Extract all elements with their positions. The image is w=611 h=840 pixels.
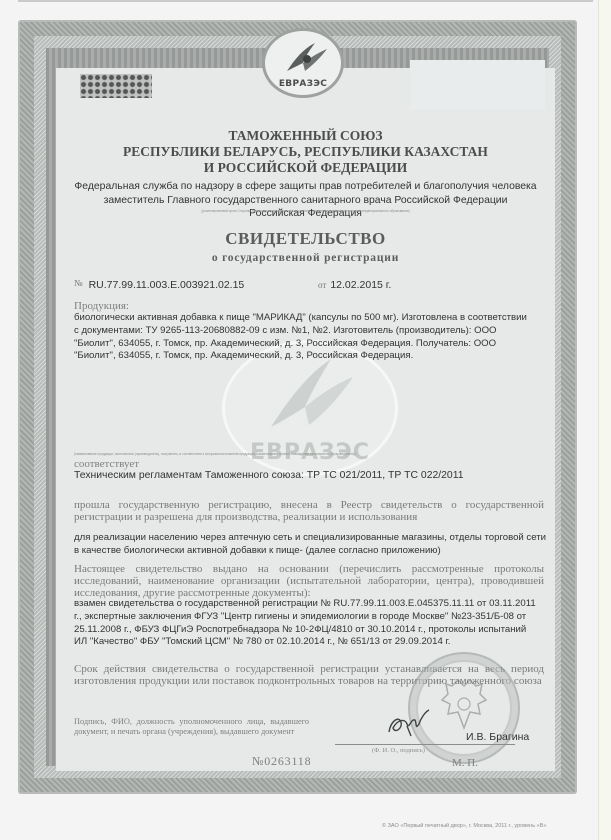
basis-label: Настоящее свидетельство выдано на основа… [74,563,544,599]
fio-caption: (Ф. И. О., подпись) [372,747,425,754]
authority-line-2: заместитель Главного государственного са… [40,194,571,208]
product-description: биологически активная добавка к пище "МА… [74,312,530,363]
product-label: Продукция: [74,300,129,312]
date-mark: от [318,280,326,290]
authority-caption: (уполномоченный орган Стороны, руководит… [60,209,551,213]
registration-row: №RU.77.99.11.003.E.003921.02.15 от12.02.… [74,279,554,291]
usage-scope: для реализации населению через аптечную … [74,532,546,558]
registration-number: RU.77.99.11.003.E.003921.02.15 [89,279,245,291]
document-title: СВИДЕТЕЛЬСТВО [0,229,611,249]
signature-label: Подпись, ФИО, должность уполномоченного … [74,717,309,737]
double-headed-eagle-icon [438,678,490,734]
emblem-label: ЕВРАЗЭС [279,79,327,89]
security-pattern [80,74,152,98]
basis-documents: взамен свидетельства о государственной р… [74,598,536,649]
document-subtitle: о государственной регистрации [0,252,611,264]
form-serial-number: №0263118 [252,754,311,769]
eurasec-bird-icon [283,41,329,75]
signer-name: И.В. Брагина [466,731,529,743]
union-header: ТАМОЖЕННЫЙ СОЮЗ РЕСПУБЛИКИ БЕЛАРУСЬ, РЕС… [0,128,611,176]
header-line-2: РЕСПУБЛИКИ БЕЛАРУСЬ, РЕСПУБЛИКИ КАЗАХСТА… [0,144,611,160]
seal-mark: М. П. [452,757,478,769]
scan-right-edge [598,0,611,840]
registration-statement: прошла государственную регистрацию, внес… [74,499,544,523]
authority-line-1: Федеральная служба по надзору в сфере за… [40,180,571,194]
number-mark: № [74,278,83,288]
header-line-3: И РОССИЙСКОЙ ФЕДЕРАЦИИ [0,160,611,176]
scan-top-edge [18,0,593,2]
header-line-1: ТАМОЖЕННЫЙ СОЮЗ [0,128,611,144]
signature-line [335,744,515,745]
eurasec-bird-icon [265,355,355,435]
registration-date: 12.02.2015 г. [330,279,391,291]
product-caption: (наименование продукции, изготовитель (п… [74,452,544,456]
eurasec-emblem: ЕВРАЗЭС [262,28,344,98]
printer-imprint: © ЗАО «Первый печатный двор», г. Москва,… [382,823,546,829]
blank-patch [410,60,545,110]
registration-date-group: от12.02.2015 г. [318,279,391,291]
issuing-authority: Федеральная служба по надзору в сфере за… [40,180,571,221]
signature-scribble [385,706,433,738]
complies-label: соответствует [74,458,139,470]
complies-regulations: Техническим регламентам Таможенного союз… [74,470,534,481]
